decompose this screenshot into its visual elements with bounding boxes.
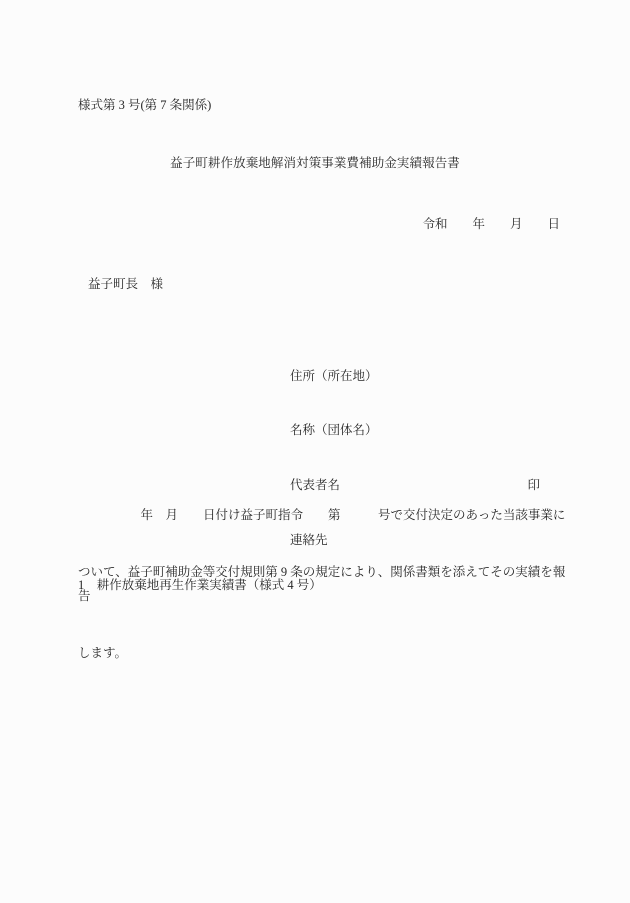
- addressee: 益子町長 様: [88, 276, 163, 292]
- attachment-item: 1 耕作放棄地再生作業実績書（様式 4 号）: [78, 577, 322, 593]
- document-title: 益子町耕作放棄地解消対策事業費補助金実績報告書: [0, 155, 630, 171]
- body-line-1: 年 月 日付け益子町指令 第 号で交付決定のあった当該事業に: [78, 503, 570, 528]
- form-number: 様式第 3 号(第 7 条関係): [78, 97, 211, 113]
- body-line-3: します。: [78, 641, 570, 666]
- applicant-name-label: 名称（団体名）: [290, 419, 540, 441]
- date-line: 令和 年 月 日: [422, 216, 560, 232]
- applicant-address-label: 住所（所在地）: [290, 365, 540, 387]
- document-page: 様式第 3 号(第 7 条関係) 益子町耕作放棄地解消対策事業費補助金実績報告書…: [0, 0, 630, 903]
